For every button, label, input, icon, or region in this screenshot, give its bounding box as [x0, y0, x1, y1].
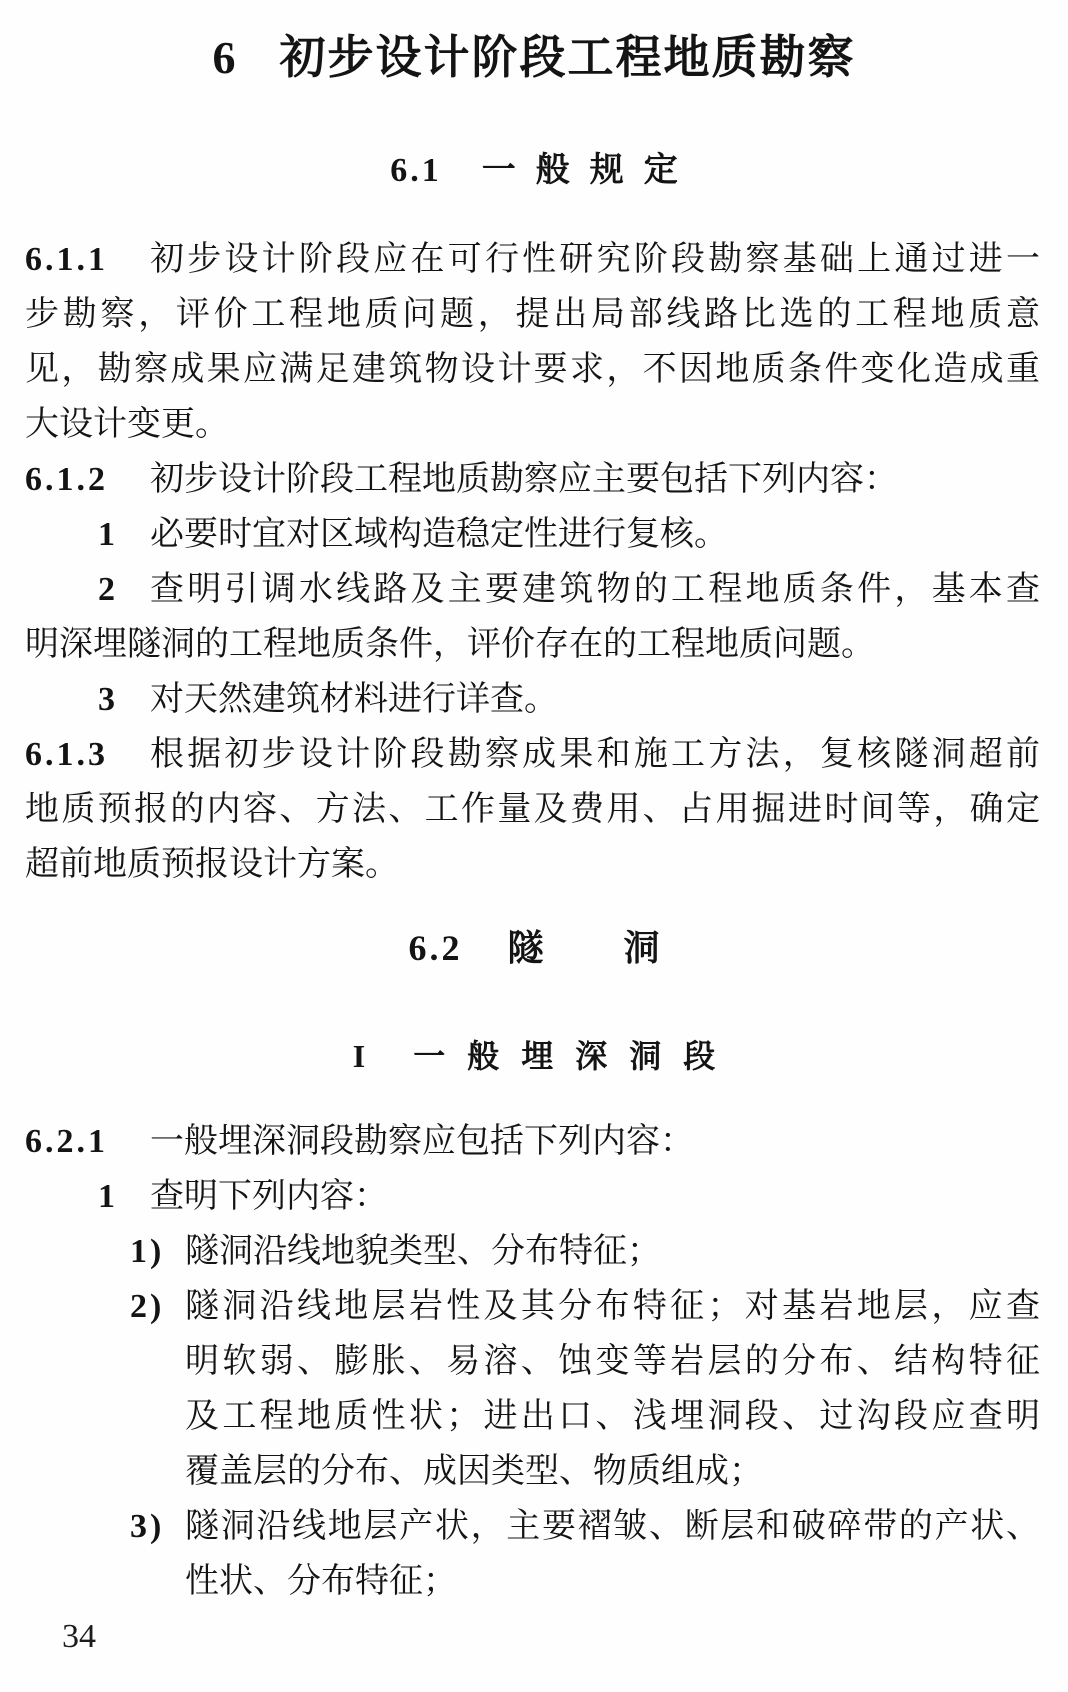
line-text: 步勘察，评价工程地质问题，提出局部线路比选的工程地质意	[25, 287, 1040, 342]
chapter-heading: 6初步设计阶段工程地质勘察	[0, 29, 1068, 86]
clause-6-2-line: 覆盖层的分布、成因类型、物质组成；	[25, 1444, 1040, 1499]
subsection-heading-I: I一般埋深洞段	[0, 1035, 1068, 1077]
line-text: 覆盖层的分布、成因类型、物质组成；	[185, 1444, 1040, 1499]
clause-number: 1	[98, 507, 118, 562]
line-text: 初步设计阶段工程地质勘察应主要包括下列内容：	[150, 452, 1040, 507]
clause-number: 2	[98, 562, 118, 617]
section-6-2-title: 隧洞	[507, 928, 739, 969]
page-number: 34	[62, 1615, 96, 1659]
line-text: 明深埋隧洞的工程地质条件，评价存在的工程地质问题。	[25, 617, 1040, 672]
clause-number: 1)	[130, 1224, 164, 1279]
clause-6-1-line: 地质预报的内容、方法、工作量及费用、占用掘进时间等，确定	[25, 782, 1040, 837]
line-text: 查明引调水线路及主要建筑物的工程地质条件，基本查	[150, 562, 1040, 617]
clause-6-2-line: 1查明下列内容：	[25, 1169, 1040, 1224]
line-text: 隧洞沿线地层产状，主要褶皱、断层和破碎带的产状、	[185, 1499, 1040, 1554]
clause-number: 1	[98, 1169, 118, 1224]
document-page: 6初步设计阶段工程地质勘察 6.1一般规定 6.1.1初步设计阶段应在可行性研究…	[0, 0, 1068, 1692]
clause-number: 3)	[130, 1499, 164, 1554]
line-text: 地质预报的内容、方法、工作量及费用、占用掘进时间等，确定	[25, 782, 1040, 837]
section-6-2-body: 6.2.1一般埋深洞段勘察应包括下列内容：1查明下列内容：1)隧洞沿线地貌类型、…	[25, 1114, 1040, 1609]
line-text: 初步设计阶段应在可行性研究阶段勘察基础上通过进一	[150, 232, 1040, 287]
line-text: 对天然建筑材料进行详查。	[150, 672, 1040, 727]
line-text: 及工程地质性状；进出口、浅埋洞段、过沟段应查明	[185, 1389, 1040, 1444]
section-6-1-number: 6.1	[390, 152, 442, 189]
subsection-I-number: I	[353, 1038, 365, 1074]
clause-6-1-line: 6.1.3根据初步设计阶段勘察成果和施工方法，复核隧洞超前	[25, 727, 1040, 782]
section-6-2-number: 6.2	[408, 928, 462, 968]
clause-6-1-line: 步勘察，评价工程地质问题，提出局部线路比选的工程地质意	[25, 287, 1040, 342]
line-text: 根据初步设计阶段勘察成果和施工方法，复核隧洞超前	[150, 727, 1040, 782]
clause-number: 6.2.1	[25, 1114, 108, 1169]
clause-6-1-line: 6.1.1初步设计阶段应在可行性研究阶段勘察基础上通过进一	[25, 232, 1040, 287]
line-text: 一般埋深洞段勘察应包括下列内容：	[150, 1114, 1040, 1169]
line-text: 查明下列内容：	[150, 1169, 1040, 1224]
section-6-1-body: 6.1.1初步设计阶段应在可行性研究阶段勘察基础上通过进一步勘察，评价工程地质问…	[25, 232, 1040, 892]
clause-number: 2)	[130, 1279, 164, 1334]
clause-6-1-line: 见，勘察成果应满足建筑物设计要求，不因地质条件变化造成重	[25, 342, 1040, 397]
section-heading-6-1: 6.1一般规定	[0, 148, 1068, 193]
clause-number: 6.1.3	[25, 727, 108, 782]
clause-6-1-line: 6.1.2初步设计阶段工程地质勘察应主要包括下列内容：	[25, 452, 1040, 507]
line-text: 见，勘察成果应满足建筑物设计要求，不因地质条件变化造成重	[25, 342, 1040, 397]
section-heading-6-2: 6.2隧洞	[0, 925, 1068, 972]
line-text: 性状、分布特征；	[185, 1554, 1040, 1609]
line-text: 明软弱、膨胀、易溶、蚀变等岩层的分布、结构特征	[185, 1334, 1040, 1389]
line-text: 必要时宜对区域构造稳定性进行复核。	[150, 507, 1040, 562]
chapter-number: 6	[213, 32, 238, 83]
clause-number: 6.1.2	[25, 452, 108, 507]
clause-6-2-line: 1)隧洞沿线地貌类型、分布特征；	[25, 1224, 1040, 1279]
section-6-1-title: 一般规定	[482, 150, 698, 190]
clause-6-2-line: 3)隧洞沿线地层产状，主要褶皱、断层和破碎带的产状、	[25, 1499, 1040, 1554]
chapter-title: 初步设计阶段工程地质勘察	[280, 30, 856, 84]
clause-6-1-line: 明深埋隧洞的工程地质条件，评价存在的工程地质问题。	[25, 617, 1040, 672]
subsection-I-title: 一般埋深洞段	[413, 1037, 737, 1075]
clause-6-1-line: 大设计变更。	[25, 397, 1040, 452]
clause-6-1-line: 3对天然建筑材料进行详查。	[25, 672, 1040, 727]
clause-number: 3	[98, 672, 118, 727]
clause-6-2-line: 及工程地质性状；进出口、浅埋洞段、过沟段应查明	[25, 1389, 1040, 1444]
clause-6-2-line: 性状、分布特征；	[25, 1554, 1040, 1609]
clause-6-1-line: 超前地质预报设计方案。	[25, 837, 1040, 892]
clause-number: 6.1.1	[25, 232, 108, 287]
clause-6-2-line: 明软弱、膨胀、易溶、蚀变等岩层的分布、结构特征	[25, 1334, 1040, 1389]
line-text: 大设计变更。	[25, 397, 1040, 452]
clause-6-1-line: 2查明引调水线路及主要建筑物的工程地质条件，基本查	[25, 562, 1040, 617]
line-text: 隧洞沿线地层岩性及其分布特征；对基岩地层，应查	[185, 1279, 1040, 1334]
line-text: 超前地质预报设计方案。	[25, 837, 1040, 892]
clause-6-2-line: 6.2.1一般埋深洞段勘察应包括下列内容：	[25, 1114, 1040, 1169]
line-text: 隧洞沿线地貌类型、分布特征；	[185, 1224, 1040, 1279]
clause-6-2-line: 2)隧洞沿线地层岩性及其分布特征；对基岩地层，应查	[25, 1279, 1040, 1334]
clause-6-1-line: 1必要时宜对区域构造稳定性进行复核。	[25, 507, 1040, 562]
